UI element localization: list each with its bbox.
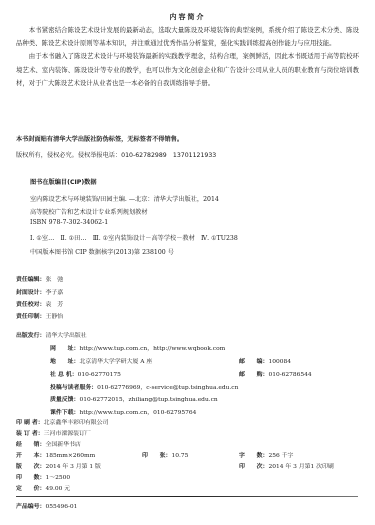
binder: 装 订 者：三河市溧源装订厂	[16, 428, 91, 437]
cip-line: 室内陈设艺术与环境装饰/田园主编. —北京：清华大学出版社，2014	[30, 194, 219, 203]
staff-print-manager: 责任印制：王静怡	[16, 311, 63, 320]
summary-title: 内容简介	[0, 12, 375, 22]
publisher-mail-order: 邮 购：010-62786544	[239, 369, 312, 378]
spec-copies: 印 数：1～2500	[16, 472, 70, 481]
anti-counterfeit-notice: 本书封面贴有清华大学出版社防伪标签，无标签者不得销售。	[16, 134, 183, 143]
publisher-reader-service: 投稿与读者服务：010-62776969，c-service@tup.tsing…	[50, 382, 238, 391]
cip-number: 中国版本图书馆 CIP 数据核字(2013)第 238100 号	[30, 247, 174, 256]
publisher-address: 地 址：北京清华大学学研大厦 A 座	[50, 356, 152, 365]
product-code: 产品编号：055496-01	[16, 501, 77, 510]
publisher-quality-feedback: 质量反馈：010-62772015，zhiliang@tup.tsinghua.…	[50, 394, 218, 403]
summary-body: 本书紧密结合陈设艺术设计发展的最新动态，选取大量陈设及环境装饰的典型案例，系统介…	[16, 24, 359, 90]
spec-printing: 印 次：2014 年 3 月第1 次印刷	[239, 461, 334, 470]
spec-edition: 版 次：2014 年 3 月第 1 版	[16, 461, 101, 470]
summary-paragraph-2: 由于本书融入了陈设艺术设计与环境装饰最新的实践教学理念，结构合理，案例鲜活，因此…	[16, 50, 359, 90]
spec-sheets: 印 张：10.75	[142, 450, 188, 459]
publisher-postcode: 邮 编：100084	[239, 356, 291, 365]
spec-words: 字 数：256 千字	[239, 450, 293, 459]
publisher-switchboard: 社 总 机：010-62770175	[50, 369, 121, 378]
spec-price: 定 价：49.00 元	[16, 483, 70, 492]
staff-editor: 责任编辑：张 弛	[16, 274, 63, 283]
spec-format: 开 本：185mm×260mm	[16, 450, 95, 459]
publisher: 出版发行：清华大学出版社	[16, 330, 87, 339]
publisher-courseware-download: 课件下载：http://www.tup.com.cn，010-62795764	[50, 407, 196, 416]
cip-title: 图书在版编目(CIP)数据	[30, 177, 97, 186]
publisher-website: 网 址：http://www.tup.com.cn，http://www.wqb…	[50, 343, 225, 352]
cip-line: 高等院校广告和艺术设计专业系列规划教材	[30, 207, 148, 216]
summary-paragraph-1: 本书紧密结合陈设艺术设计发展的最新动态，选取大量陈设及环境装饰的典型案例，系统介…	[16, 24, 359, 50]
staff-proofreader: 责任校对：袁 芳	[16, 299, 63, 308]
copyright-notice: 版权所有，侵权必究。侵权举报电话：010-62782989 1370112193…	[16, 150, 216, 159]
cip-classification: Ⅰ. ①室… Ⅱ. ①田… Ⅲ. ①室内装饰设计－高等学校－教材 Ⅳ. ①TU2…	[30, 233, 238, 242]
distributor: 经 销：全国新华书店	[16, 439, 81, 448]
staff-cover-design: 封面设计：李子嘉	[16, 287, 63, 296]
divider	[16, 496, 358, 497]
cip-isbn: ISBN 978-7-302-34062-1	[30, 219, 108, 226]
printer: 印 刷 者：北京鑫华丰彩印有限公司	[16, 417, 108, 426]
